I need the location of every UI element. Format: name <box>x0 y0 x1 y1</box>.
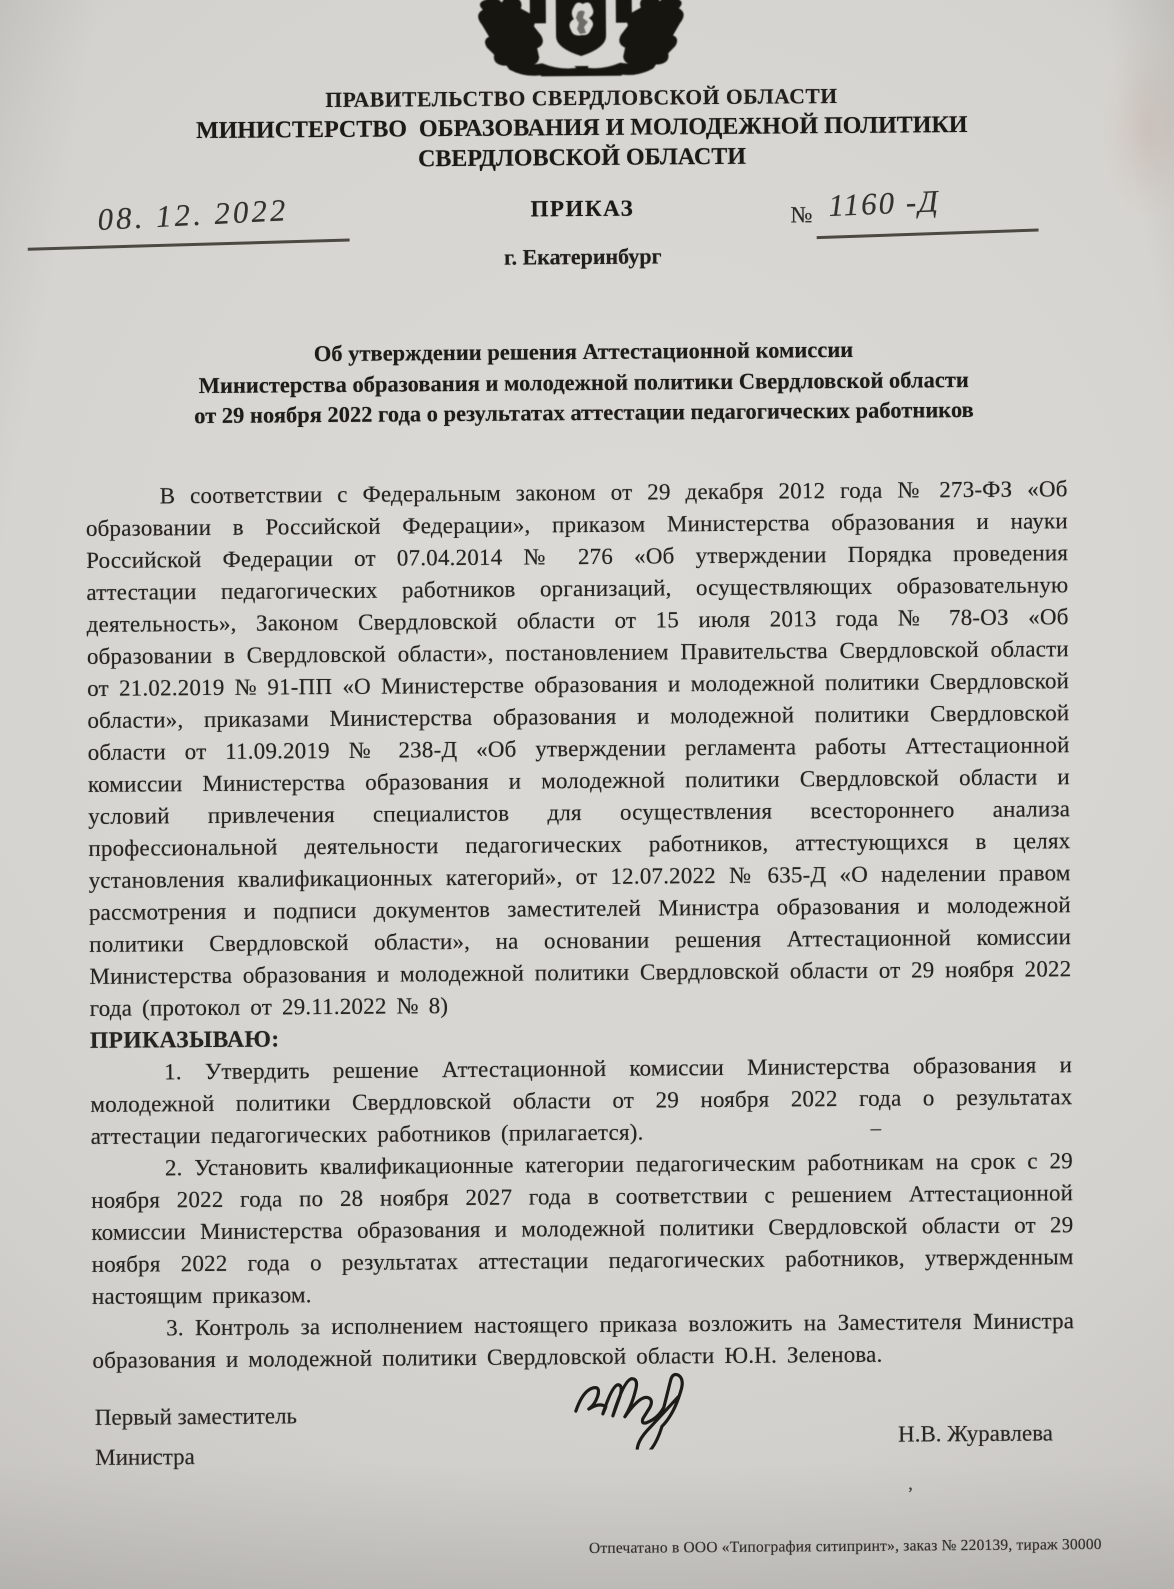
handwritten-number: 1160 -Д <box>828 183 941 224</box>
order-document: ПРАВИТЕЛЬСТВО СВЕРДЛОВСКОЙ ОБЛАСТИ МИНИС… <box>0 0 1174 1589</box>
preamble-paragraph: В соответствии с Федеральным законом от … <box>86 473 1072 1025</box>
order-title: Об утверждении решения Аттестационной ко… <box>0 332 1171 433</box>
signer-position: Первый заместитель Министра <box>95 1396 298 1478</box>
stray-dash-mark: – <box>871 1116 882 1141</box>
handwritten-date: 08. 12. 2022 <box>97 192 290 238</box>
order-number-field: № 1160 -Д <box>790 184 1050 240</box>
sverdlovsk-coat-of-arms-icon <box>0 0 1168 81</box>
number-underline <box>817 229 1039 239</box>
letterhead-government-line: ПРАВИТЕЛЬСТВО СВЕРДЛОВСКОЙ ОБЛАСТИ <box>0 81 1169 115</box>
handwritten-signature-icon <box>559 1344 775 1456</box>
stray-pen-mark: ’ <box>907 1483 913 1504</box>
order-item-1: 1. Утвердить решение Аттестационной коми… <box>90 1049 1073 1153</box>
order-body: В соответствии с Федеральным законом от … <box>86 473 1075 1377</box>
signer-name: Н.В. Журавлева <box>898 1420 1053 1447</box>
letterhead-ministry-line2: СВЕРДЛОВСКОЙ ОБЛАСТИ <box>0 140 1169 176</box>
order-item-2: 2. Установить квалификационные категории… <box>91 1145 1074 1313</box>
print-shop-footer: Отпечатано в ООО «Типография ситипринт»,… <box>589 1536 1102 1558</box>
number-sign-label: № <box>790 202 812 228</box>
document-photo: ПРАВИТЕЛЬСТВО СВЕРДЛОВСКОЙ ОБЛАСТИ МИНИС… <box>0 0 1174 1589</box>
signer-position-line2: Министра <box>95 1436 297 1478</box>
order-date-field: 08. 12. 2022 <box>27 194 357 249</box>
signer-position-line1: Первый заместитель <box>95 1396 297 1438</box>
